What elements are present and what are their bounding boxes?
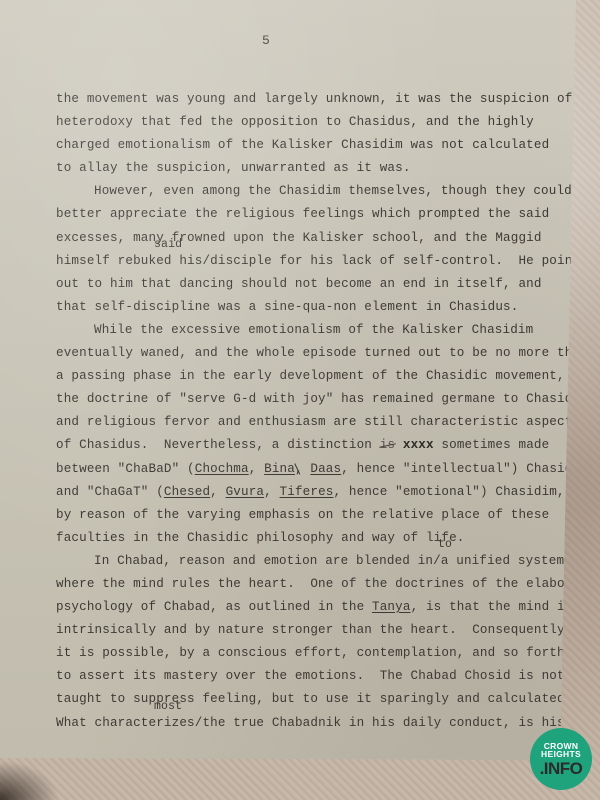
- text-line-with-underlines: between "ChaBaD" (Chochma, Bina, Daas, h…: [56, 458, 556, 481]
- line-text-before: himself rebuked his/: [56, 254, 210, 268]
- struck-word: is: [380, 438, 395, 452]
- text-line: that self-discipline was a sine-qua-non …: [56, 296, 556, 319]
- line-text: ,: [210, 485, 225, 499]
- text-line: charged emotionalism of the Kalisker Cha…: [56, 134, 556, 157]
- text-line: taught to suppress feeling, but to use i…: [56, 688, 556, 711]
- tablecloth-background: [0, 760, 60, 800]
- line-text: , hence "intellectual") Chasidim: [341, 462, 588, 476]
- text-line: intrinsically and by nature stronger tha…: [56, 619, 556, 642]
- page-number: 5: [262, 33, 270, 48]
- text-line: the doctrine of "serve G-d with joy" has…: [56, 388, 556, 411]
- typed-insertion: to: [438, 539, 452, 551]
- text-line: to allay the suspicion, unwarranted as i…: [56, 157, 556, 180]
- text-line: a passing phase in the early development…: [56, 365, 556, 388]
- underlined-term: Tiferes: [280, 485, 334, 499]
- underlined-term: Daas: [310, 462, 341, 476]
- document-body: the movement was young and largely unkno…: [56, 88, 556, 735]
- text-line-with-insertion: What characterizes/mostthe true Chabadni…: [56, 712, 556, 735]
- typewritten-page: 5 the movement was young and largely unk…: [0, 0, 600, 760]
- text-line: faculties in the Chasidic philosophy and…: [56, 527, 556, 550]
- text-line-with-strikeout: of Chasidus. Nevertheless, a distinction…: [56, 434, 556, 457]
- line-text: and "ChaGaT" (: [56, 485, 164, 499]
- watermark-text-line3: .INFO: [540, 760, 583, 777]
- text-line: by reason of the varying emphasis on the…: [56, 504, 556, 527]
- line-text: ,: [249, 462, 264, 476]
- line-text: psychology of Chabad, as outlined in the: [56, 600, 372, 614]
- line-text: ,: [264, 485, 279, 499]
- line-text-after: a unified system,: [441, 554, 572, 568]
- text-line-with-insertion: himself rebuked his/saiddisciple for his…: [56, 250, 556, 273]
- underlined-term: Gvura: [226, 485, 265, 499]
- text-line: where the mind rules the heart. One of t…: [56, 573, 556, 596]
- underlined-term: Tanya: [372, 600, 411, 614]
- line-text: between "ChaBaD" (: [56, 462, 195, 476]
- line-text-after: disciple for his lack of self-control. H…: [210, 254, 595, 268]
- line-text: , hence "emotional") Chasidim,: [334, 485, 565, 499]
- text-line: excesses, many frowned upon the Kalisker…: [56, 227, 556, 250]
- text-line: heterodoxy that fed the opposition to Ch…: [56, 111, 556, 134]
- watermark-text-line2: HEIGHTS: [541, 750, 581, 759]
- text-line: better appreciate the religious feelings…: [56, 203, 556, 226]
- line-text-after: the true Chabadnik in his daily conduct,…: [202, 716, 564, 730]
- line-text-before: In Chabad, reason and emotion are blende…: [94, 554, 441, 568]
- text-line-with-underlines: psychology of Chabad, as outlined in the…: [56, 596, 556, 619]
- crownheights-info-watermark-logo: CROWN HEIGHTS .INFO: [530, 728, 592, 790]
- text-line: While the excessive emotionalism of the …: [56, 319, 556, 342]
- text-line: to assert its mastery over the emotions.…: [56, 665, 556, 688]
- typed-insertion: said: [154, 239, 182, 251]
- text-line-with-underlines: and "ChaGaT" (Chesed, Gvura, Tiferes, he…: [56, 481, 556, 504]
- line-text-after: sometimes made: [434, 438, 550, 452]
- typed-insertion: most: [154, 701, 182, 713]
- text-line: it is possible, by a conscious effort, c…: [56, 642, 556, 665]
- text-line: and religious fervor and enthusiasm are …: [56, 411, 556, 434]
- line-text: , is that the mind is: [411, 600, 573, 614]
- line-text-before: of Chasidus. Nevertheless, a distinction: [56, 438, 380, 452]
- typed-over-x-marks: xxxx: [403, 438, 434, 452]
- text-line: the movement was young and largely unkno…: [56, 88, 556, 111]
- text-line: However, even among the Chasidim themsel…: [56, 180, 556, 203]
- text-line: eventually waned, and the whole episode …: [56, 342, 556, 365]
- text-line: out to him that dancing should not becom…: [56, 273, 556, 296]
- underlined-term: Chochma: [195, 462, 249, 476]
- underlined-term: Chesed: [164, 485, 210, 499]
- text-line-with-insertion: In Chabad, reason and emotion are blende…: [56, 550, 556, 573]
- line-text-before: What characterizes/: [56, 716, 202, 730]
